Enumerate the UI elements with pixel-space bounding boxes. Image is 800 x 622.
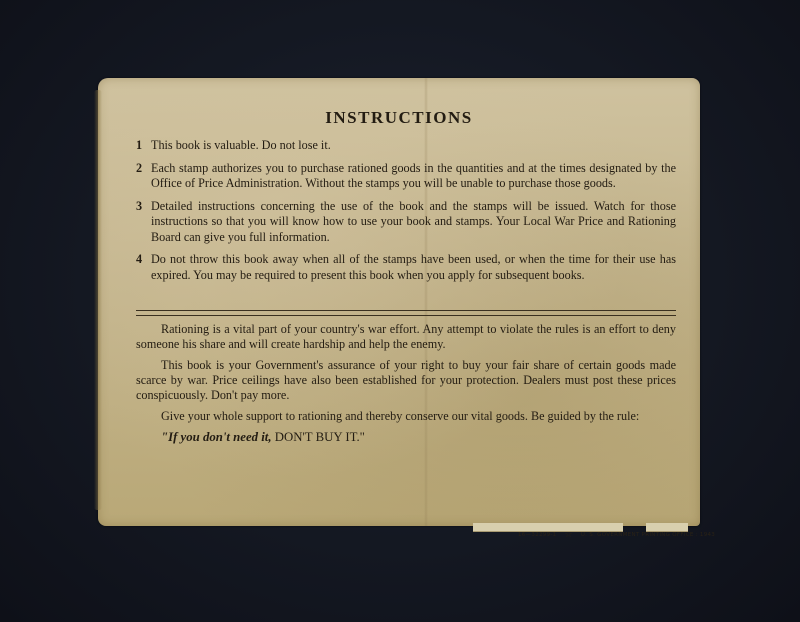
- double-rule-divider: [136, 310, 676, 316]
- instruction-number: 1: [136, 138, 151, 154]
- instruction-text: Detailed instructions concerning the use…: [151, 199, 676, 246]
- instruction-item: 3 Detailed instructions concerning the u…: [136, 199, 676, 246]
- body-paragraphs: Rationing is a vital part of your countr…: [136, 322, 676, 445]
- rule-quote: "If you don't need it, DON'T BUY IT.": [136, 430, 676, 445]
- instruction-item: 2 Each stamp authorizes you to purchase …: [136, 161, 676, 192]
- instruction-item: 4 Do not throw this book away when all o…: [136, 252, 676, 283]
- torn-stub-edge: [473, 523, 623, 532]
- instruction-number: 3: [136, 199, 151, 246]
- rule-quote-caps: DON'T BUY IT.": [275, 430, 365, 444]
- instruction-text: Do not throw this book away when all of …: [151, 252, 676, 283]
- form-code: 16—32299-1: [518, 532, 556, 538]
- printer-name: U. S. GOVERNMENT PRINTING OFFICE : 1943: [581, 532, 715, 538]
- instruction-text: Each stamp authorizes you to purchase ra…: [151, 161, 676, 192]
- instruction-text: This book is valuable. Do not lose it.: [151, 138, 676, 154]
- instruction-number: 4: [136, 252, 151, 283]
- torn-stub-edge: [646, 523, 688, 532]
- instruction-number: 2: [136, 161, 151, 192]
- rule-quote-italic: "If you don't need it,: [161, 430, 272, 444]
- paragraph-support: Give your whole support to rationing and…: [136, 409, 676, 424]
- paragraph-assurance: This book is your Government's assurance…: [136, 358, 676, 403]
- page-title: INSTRUCTIONS: [98, 108, 700, 128]
- instructions-list: 1 This book is valuable. Do not lose it.…: [136, 138, 676, 290]
- instruction-item: 1 This book is valuable. Do not lose it.: [136, 138, 676, 154]
- paragraph-rationing: Rationing is a vital part of your countr…: [136, 322, 676, 352]
- ration-book-page: INSTRUCTIONS 1 This book is valuable. Do…: [98, 78, 700, 526]
